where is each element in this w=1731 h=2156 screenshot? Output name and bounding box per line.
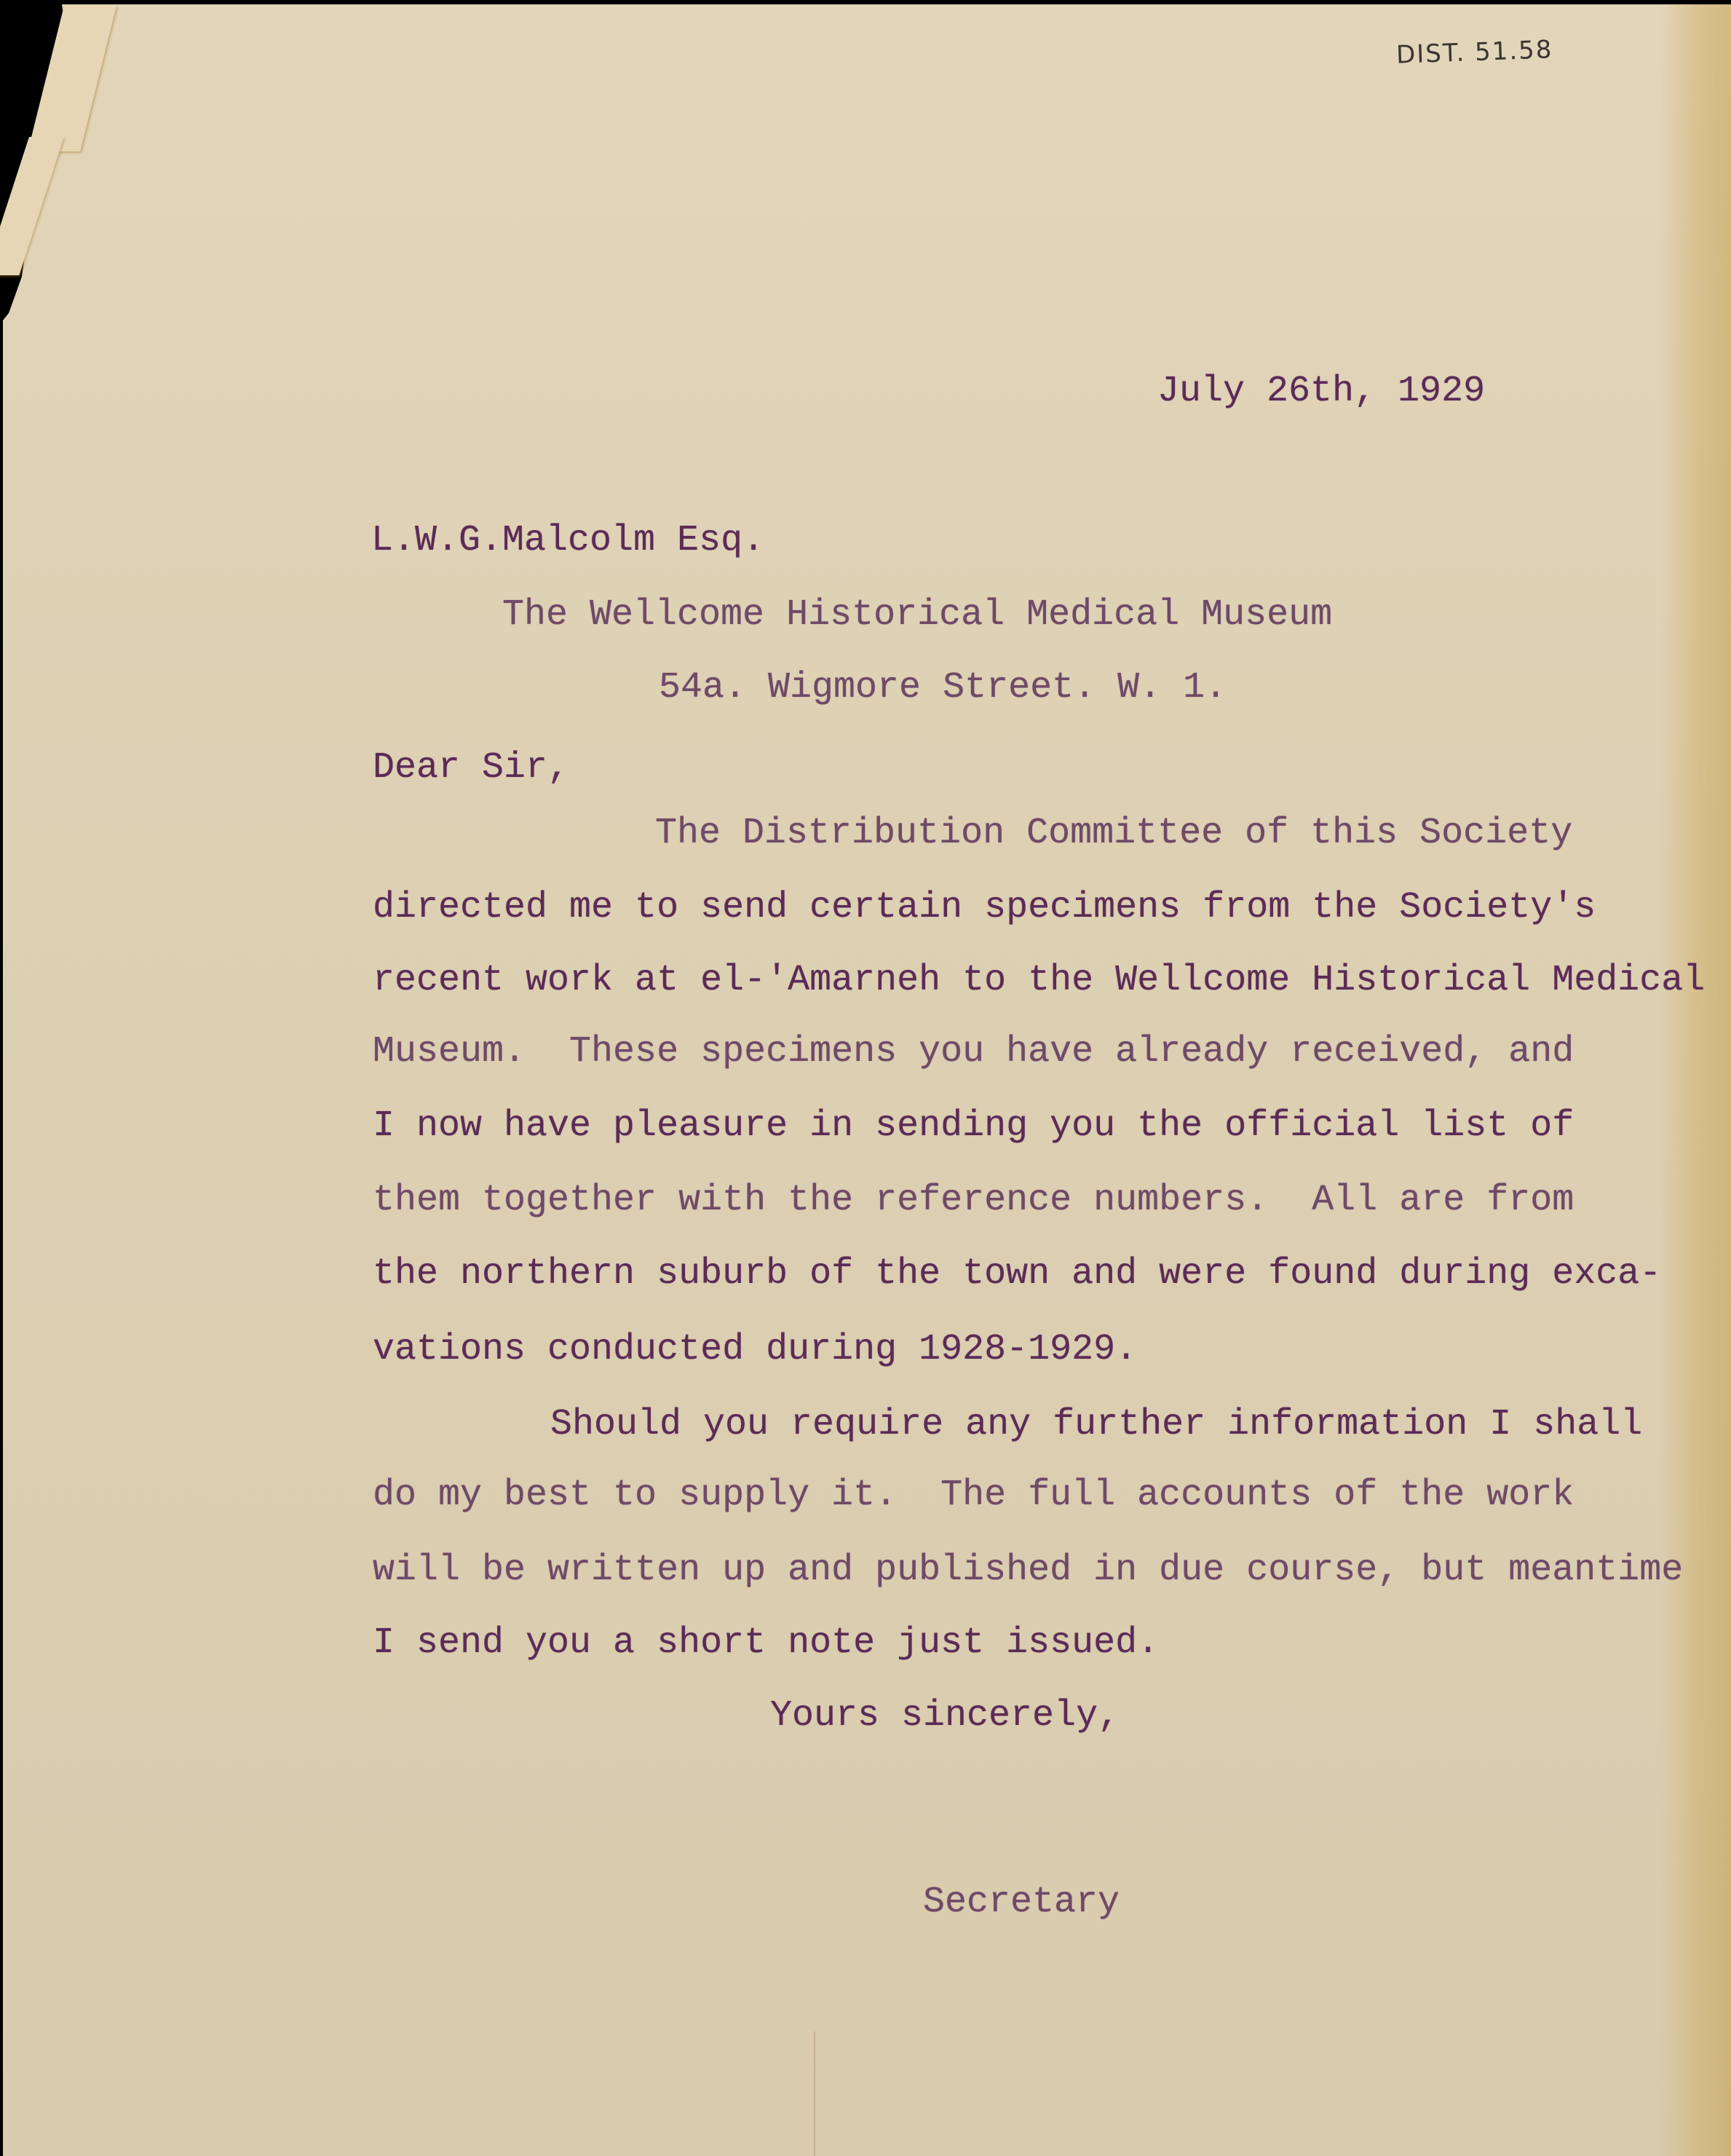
body-line: will be written up and published in due … [373, 1552, 1683, 1589]
addressee-street: 54a. Wigmore Street. W. 1. [659, 670, 1227, 706]
body-line: Should you require any further informati… [550, 1407, 1642, 1443]
body-line: do my best to supply it. The full accoun… [373, 1477, 1574, 1514]
addressee-institution: The Wellcome Historical Medical Museum [502, 597, 1332, 633]
signature-title: Secretary [923, 1884, 1120, 1921]
body-line: Museum. These specimens you have already… [373, 1034, 1574, 1070]
body-line: I now have pleasure in sending you the o… [373, 1108, 1574, 1145]
paper-crease [814, 2031, 815, 2156]
body-line: them together with the reference numbers… [373, 1182, 1574, 1219]
body-line: recent work at el-'Amarneh to the Wellco… [373, 963, 1705, 999]
salutation: Dear Sir, [373, 750, 569, 786]
closing: Yours sincerely, [770, 1698, 1120, 1734]
letter-date: July 26th, 1929 [1157, 374, 1485, 410]
letter-paper [0, 0, 1731, 2156]
body-line: vations conducted during 1928-1929. [373, 1332, 1137, 1368]
body-line: the northern suburb of the town and were… [373, 1256, 1661, 1292]
addressee-name: L.W.G.Malcolm Esq. [371, 523, 764, 559]
body-line: The Distribution Committee of this Socie… [655, 816, 1572, 852]
body-line: I send you a short note just issued. [373, 1625, 1159, 1662]
body-line: directed me to send certain specimens fr… [373, 890, 1596, 926]
archive-reference: DIST. 51.58 [1395, 35, 1553, 69]
